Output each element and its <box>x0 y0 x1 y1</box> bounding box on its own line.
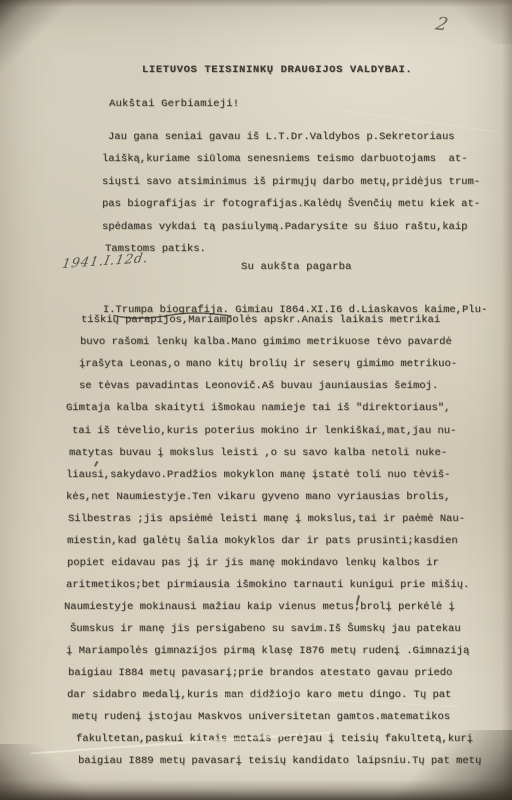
paper-crease <box>331 108 500 133</box>
letter-closing: Su aukšta pagarba <box>241 261 352 273</box>
biography-line: se tėvas pavadintas Leonovič.Aš buvau ja… <box>0 380 512 392</box>
biography-line: fakultetan,paskui kitais metais perėjau … <box>0 733 512 745</box>
biography-line: miestin,kad galėtų šalia mokyklos dar ir… <box>0 535 512 547</box>
biography-line: Silbestras ;jis apsiėmė leisti manę į mo… <box>0 513 512 525</box>
scan-shadow-bottom-left <box>0 744 100 800</box>
biography-line: Gimtaja kalba skaityti išmokau namieje t… <box>0 402 512 414</box>
letter-body-line: pas biografijas ir fotografijas.Kalėdų Š… <box>0 198 512 210</box>
biography-line: tai iš tėvelio,kuris poterius mokino ir … <box>0 425 512 437</box>
biography-line: matytas buvau į mokslus leisti ,o su sav… <box>0 447 512 459</box>
biography-line: metų rudenį įstojau Maskvos universiteta… <box>0 711 512 723</box>
biography-line: baigiau I884 metų pavasarį;prie brandos … <box>0 667 512 679</box>
letter-salutation: Aukštai Gerbiamieji! <box>109 98 239 110</box>
scan-shadow-bottom <box>0 780 512 800</box>
biography-line: liausi,sakydavo.Pradžios mokyklon manę į… <box>0 469 512 481</box>
biography-line: tiškių parapijos,Mariampolės apskr.Anais… <box>0 314 512 326</box>
biography-line: įrašyta Leonas,o mano kitų brolių ir ses… <box>0 358 512 370</box>
biography-line: į Mariampolės gimnazijos pirmą klasę I87… <box>0 645 512 657</box>
scanned-document-page: 2 LIETUVOS TEISININKŲ DRAUGIJOS VALDYBAI… <box>0 0 512 800</box>
biography-line: aritmetikos;bet pirmiausia išmokino tarn… <box>0 579 512 591</box>
biography-line: Šumskus ir manę jis persigabeno su savim… <box>0 623 512 635</box>
scan-shadow-top-right <box>442 0 512 44</box>
scan-shadow-top-left <box>0 0 72 72</box>
handwritten-correction-mark <box>94 461 98 467</box>
letter-body-line: Tamstoms patiks. <box>0 243 512 255</box>
letter-body-line: spėdamas vykdai tą pasiulymą.Padarysite … <box>0 221 512 233</box>
biography-line: baigiau I889 metų pavasarį teisių kandid… <box>0 755 512 767</box>
biography-line: dar sidabro medalį,kuris man didžiojo ka… <box>0 689 512 701</box>
handwritten-page-number: 2 <box>433 14 450 36</box>
scan-shadow-right <box>502 0 512 800</box>
biography-line: kės,net Naumiestyje.Ten vikaru gyveno ma… <box>0 491 512 503</box>
letter-body-line: siųsti savo atsiminimus iš pirmųjų darbo… <box>0 176 512 188</box>
letter-recipient-title: LIETUVOS TEISININKŲ DRAUGIJOS VALDYBAI. <box>142 64 412 76</box>
letter-body-line: laišką,kuriame siūloma senesniems teismo… <box>0 153 512 165</box>
biography-line: Naumiestyje mokinausi mažiau kaip vienus… <box>0 601 512 613</box>
letter-body-line: Jau gana seniai gavau iš L.T.Dr.Valdybos… <box>0 131 512 143</box>
biography-line: popiet eidavau pas jį ir jis manę mokind… <box>0 557 512 569</box>
scan-shadow-top <box>0 0 512 7</box>
biography-line: buvo rašomi lenkų kalba.Mano gimimo metr… <box>0 336 512 348</box>
